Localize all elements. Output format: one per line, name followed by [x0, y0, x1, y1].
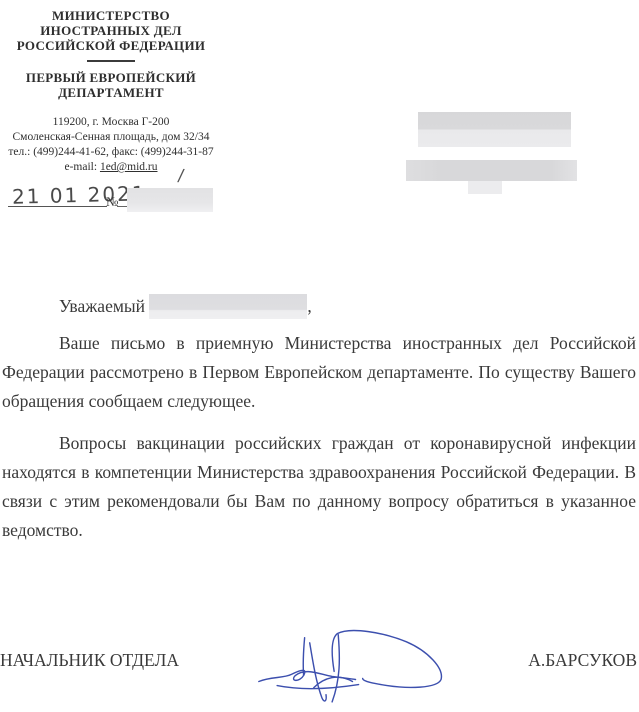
street-address: Смоленская-Сенная площадь, дом 32/34 — [0, 130, 222, 145]
redacted-address-block-tab — [468, 181, 502, 194]
redacted-recipient-block — [418, 112, 571, 147]
signature-line: НАЧАЛЬНИК ОТДЕЛА А.БАРСУКОВ — [0, 650, 637, 671]
contact-block: 119200, г. Москва Г-200 Смоленская-Сенна… — [0, 115, 222, 175]
handwritten-slash-mark: / — [177, 166, 185, 187]
salutation-prefix: Уважаемый — [59, 296, 149, 316]
ministry-name-line1: МИНИСТЕРСТВО — [0, 8, 222, 23]
redacted-reference-number — [127, 188, 213, 212]
body-paragraph-1: Ваше письмо в приемную Министерства инос… — [2, 329, 636, 416]
letterhead-divider — [87, 60, 135, 62]
phone-fax: тел.: (499)244-41-62, факс: (499)244-31-… — [0, 145, 222, 160]
ministry-name-line2: ИНОСТРАННЫХ ДЕЛ — [0, 23, 222, 38]
redacted-recipient-name — [149, 294, 307, 319]
letterhead: МИНИСТЕРСТВО ИНОСТРАННЫХ ДЕЛ РОССИЙСКОЙ … — [0, 8, 222, 175]
reference-number-label: № — [106, 194, 118, 210]
ministry-name-line3: РОССИЙСКОЙ ФЕДЕРАЦИИ — [0, 38, 222, 53]
email-address: 1ed@mid.ru — [100, 161, 158, 173]
letter-body: Уважаемый , Ваше письмо в приемную Минис… — [2, 292, 636, 545]
salutation-comma: , — [307, 296, 311, 316]
redacted-address-block — [406, 160, 577, 181]
department-name-line2: ДЕПАРТАМЕНТ — [0, 85, 222, 100]
email-label: e-mail: — [65, 161, 100, 173]
body-paragraph-2: Вопросы вакцинации российских граждан от… — [2, 429, 636, 545]
salutation-line: Уважаемый , — [2, 292, 636, 321]
signatory-position: НАЧАЛЬНИК ОТДЕЛА — [0, 650, 179, 671]
postal-code-city: 119200, г. Москва Г-200 — [0, 115, 222, 130]
department-name-line1: ПЕРВЫЙ ЕВРОПЕЙСКИЙ — [0, 70, 222, 85]
date-underline — [8, 206, 107, 207]
signatory-name: А.БАРСУКОВ — [528, 650, 637, 671]
email-line: e-mail: 1ed@mid.ru — [0, 160, 222, 175]
